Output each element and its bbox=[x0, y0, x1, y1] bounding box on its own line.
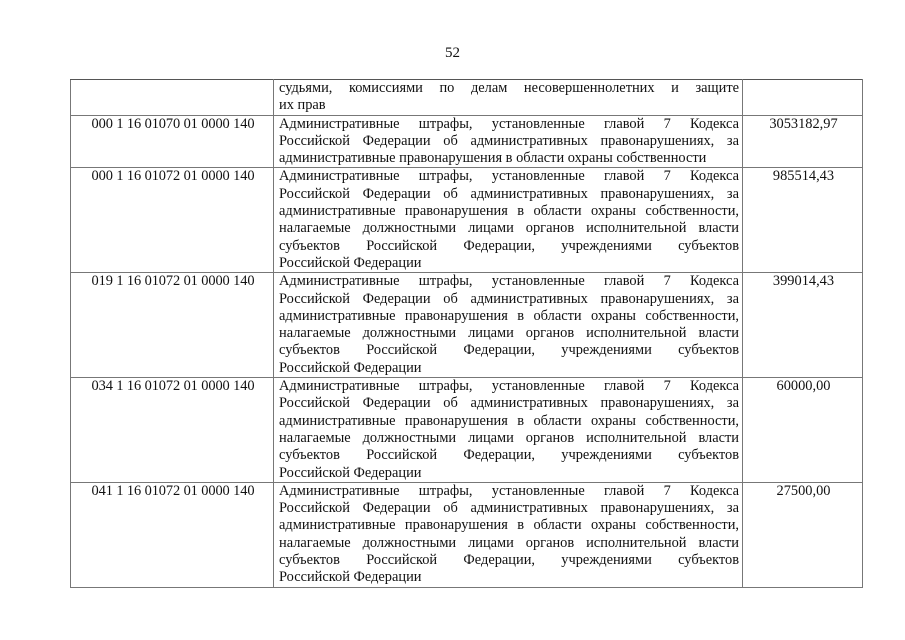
revenue-table-body: судьями, комиссиями по делам несовершенн… bbox=[71, 80, 863, 588]
table-row: 000 1 16 01070 01 0000 140Административн… bbox=[71, 115, 863, 168]
table-row: судьями, комиссиями по делам несовершенн… bbox=[71, 80, 863, 116]
description-line: Российской Федерации bbox=[279, 360, 739, 377]
description-line: Административные штрафы, установленные г… bbox=[279, 378, 739, 395]
page-number: 52 bbox=[0, 44, 905, 62]
description-line: Административные штрафы, установленные г… bbox=[279, 483, 739, 500]
description-line: административные правонарушения в област… bbox=[279, 203, 739, 220]
revenue-table: судьями, комиссиями по делам несовершенн… bbox=[70, 79, 863, 588]
description-line: Административные штрафы, установленные г… bbox=[279, 116, 739, 133]
description-line: налагаемые должностными лицами органов и… bbox=[279, 220, 739, 237]
description-line: субъектов Российской Федерации, учрежден… bbox=[279, 238, 739, 255]
description-cell: Административные штрафы, установленные г… bbox=[274, 273, 743, 378]
table-row: 041 1 16 01072 01 0000 140Административн… bbox=[71, 482, 863, 587]
description-line: Российской Федерации об административных… bbox=[279, 133, 739, 150]
description-line: налагаемые должностными лицами органов и… bbox=[279, 430, 739, 447]
description-line: Российской Федерации bbox=[279, 569, 739, 586]
description-line: административные правонарушения в област… bbox=[279, 150, 739, 167]
description-line: субъектов Российской Федерации, учрежден… bbox=[279, 447, 739, 464]
budget-code-cell: 000 1 16 01070 01 0000 140 bbox=[71, 115, 274, 168]
amount-cell: 399014,43 bbox=[743, 273, 863, 378]
budget-code-cell: 019 1 16 01072 01 0000 140 bbox=[71, 273, 274, 378]
description-line: Российской Федерации об административных… bbox=[279, 186, 739, 203]
description-line: налагаемые должностными лицами органов и… bbox=[279, 325, 739, 342]
description-line: Российской Федерации bbox=[279, 255, 739, 272]
description-cell: Административные штрафы, установленные г… bbox=[274, 115, 743, 168]
description-line: субъектов Российской Федерации, учрежден… bbox=[279, 342, 739, 359]
description-line: Административные штрафы, установленные г… bbox=[279, 168, 739, 185]
description-line: административные правонарушения в област… bbox=[279, 413, 739, 430]
description-line: субъектов Российской Федерации, учрежден… bbox=[279, 552, 739, 569]
description-cell: Административные штрафы, установленные г… bbox=[274, 482, 743, 587]
budget-code-cell: 034 1 16 01072 01 0000 140 bbox=[71, 378, 274, 483]
table-row: 000 1 16 01072 01 0000 140Административн… bbox=[71, 168, 863, 273]
description-cell: Административные штрафы, установленные г… bbox=[274, 168, 743, 273]
budget-code-cell: 041 1 16 01072 01 0000 140 bbox=[71, 482, 274, 587]
description-line: судьями, комиссиями по делам несовершенн… bbox=[279, 80, 739, 97]
description-line: Российской Федерации об административных… bbox=[279, 500, 739, 517]
description-line: Российской Федерации bbox=[279, 465, 739, 482]
description-line: административные правонарушения в област… bbox=[279, 308, 739, 325]
amount-cell: 27500,00 bbox=[743, 482, 863, 587]
description-cell: судьями, комиссиями по делам несовершенн… bbox=[274, 80, 743, 116]
table-row: 034 1 16 01072 01 0000 140Административн… bbox=[71, 378, 863, 483]
amount-cell: 60000,00 bbox=[743, 378, 863, 483]
budget-code-cell: 000 1 16 01072 01 0000 140 bbox=[71, 168, 274, 273]
amount-cell: 985514,43 bbox=[743, 168, 863, 273]
description-line: их прав bbox=[279, 97, 739, 114]
description-line: налагаемые должностными лицами органов и… bbox=[279, 535, 739, 552]
description-cell: Административные штрафы, установленные г… bbox=[274, 378, 743, 483]
description-line: административные правонарушения в област… bbox=[279, 517, 739, 534]
description-line: Административные штрафы, установленные г… bbox=[279, 273, 739, 290]
amount-cell: 3053182,97 bbox=[743, 115, 863, 168]
amount-cell bbox=[743, 80, 863, 116]
table-row: 019 1 16 01072 01 0000 140Административн… bbox=[71, 273, 863, 378]
description-line: Российской Федерации об административных… bbox=[279, 291, 739, 308]
budget-code-cell bbox=[71, 80, 274, 116]
description-line: Российской Федерации об административных… bbox=[279, 395, 739, 412]
